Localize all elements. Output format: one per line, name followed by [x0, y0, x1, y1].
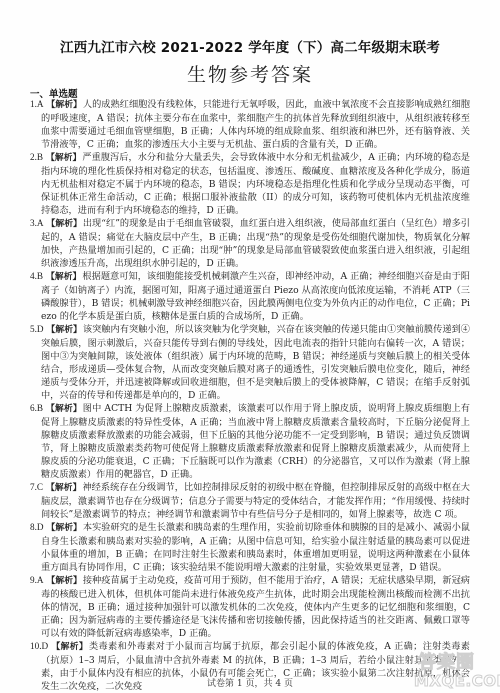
document-title: 生物参考答案 — [0, 60, 500, 87]
answer-body: 1.A【解析】人的成熟红细胞没有线粒体，只能进行无氧呼吸，因此，血液中氧浓度不会… — [30, 98, 470, 693]
answer-number: 9.A — [30, 575, 44, 585]
watermark-logo: 答案圈 — [418, 648, 475, 674]
answer-number: 3.A — [30, 218, 44, 228]
analysis-tag: 【解析】 — [47, 325, 82, 335]
analysis-tag: 【解析】 — [47, 576, 82, 586]
analysis-tag: 【解析】 — [46, 404, 82, 414]
answer-text: 接种疫苗属于主动免疫，疫苗可用于预防，但不能用于治疗，A 错误；无症状感染早期，… — [41, 575, 470, 639]
analysis-tag: 【解析】 — [51, 642, 88, 652]
answer-number: 1.A — [30, 99, 44, 109]
answer-item-1: 1.A【解析】人的成熟红细胞没有线粒体，只能进行无氧呼吸，因此，血液中氧浓度不会… — [30, 98, 470, 151]
answer-number: 2.B — [30, 152, 43, 162]
answer-text: 神经系统存在分级调节，比如控制排尿反射的初级中枢在脊髓，但控制排尿反射的高级中枢… — [41, 482, 470, 520]
school-title: 江西九江市六校 2021-2022 学年度（下）高二年级期末联考 — [0, 36, 500, 56]
answer-item-5: 5.D【解析】该突触内有突触小泡，所以该突触为化学突触，兴奋在该突触的传递只能由… — [30, 323, 470, 402]
watermark: 答案圈 MXQE.COM — [414, 648, 500, 693]
answer-text: 根据题意可知，该细胞能接受机械刺激产生兴奋，即神经冲动，A 正确；神经细胞兴奋是… — [41, 271, 470, 322]
answer-text: 人的成熟红细胞没有线粒体，只能进行无氧呼吸，因此，血液中氧浓度不会直接影响成熟红… — [41, 99, 470, 150]
answer-number: 10.D — [30, 641, 48, 651]
watermark-url: MXQE.COM — [414, 672, 500, 690]
analysis-tag: 【解析】 — [46, 483, 81, 493]
answer-number: 5.D — [30, 324, 44, 334]
analysis-tag: 【解析】 — [47, 219, 82, 229]
answer-number: 6.B — [30, 403, 43, 413]
answer-item-8: 8.D【解析】本实验研究的是生长激素和胰岛素的生理作用，实验前切除垂体和胰腺的目… — [30, 521, 470, 574]
answer-text: 该突触内有突触小泡，所以该突触为化学突触，兴奋在该突触的传递只能由①突触前膜传递… — [41, 324, 470, 401]
answer-number: 8.D — [30, 522, 44, 532]
analysis-tag: 【解析】 — [47, 523, 82, 533]
analysis-tag: 【解析】 — [47, 100, 82, 110]
analysis-tag: 【解析】 — [46, 153, 81, 163]
answer-text: 严重腹泻后，水分和盐分大量丢失，会导致体液中水分和无机盐减少，A 正确；内环境的… — [41, 152, 470, 216]
answer-text: 图中 ACTH 为促肾上腺糖皮质激素，该激素可以作用于肾上腺皮质，说明肾上腺皮质… — [41, 403, 470, 480]
answer-item-3: 3.A【解析】出现“红”的现象是由于毛细血管破裂，血红蛋白进入组织液，使局部血红… — [30, 217, 470, 270]
analysis-tag: 【解析】 — [46, 272, 81, 282]
answer-item-9: 9.A【解析】接种疫苗属于主动免疫，疫苗可用于预防，但不能用于治疗，A 错误；无… — [30, 574, 470, 640]
answer-item-7: 7.C【解析】神经系统存在分级调节，比如控制排尿反射的初级中枢在脊髓，但控制排尿… — [30, 481, 470, 521]
answer-number: 4.B — [30, 271, 43, 281]
answer-text: 本实验研究的是生长激素和胰岛素的生理作用，实验前切除垂体和胰腺的目的是减小、减弱… — [41, 522, 470, 573]
answer-item-4: 4.B【解析】根据题意可知，该细胞能接受机械刺激产生兴奋，即神经冲动，A 正确；… — [30, 270, 470, 323]
document-page: 江西九江市六校 2021-2022 学年度（下）高二年级期末联考 生物参考答案 … — [0, 0, 500, 693]
answer-item-2: 2.B【解析】严重腹泻后，水分和盐分大量丢失，会导致体液中水分和无机盐减少，A … — [30, 151, 470, 217]
answer-item-6: 6.B【解析】图中 ACTH 为促肾上腺糖皮质激素，该激素可以作用于肾上腺皮质，… — [30, 402, 470, 481]
answer-number: 7.C — [30, 482, 43, 492]
answer-text: 出现“红”的现象是由于毛细血管破裂，血红蛋白进入组织液，使局部血红蛋白（呈红色）… — [41, 218, 470, 269]
